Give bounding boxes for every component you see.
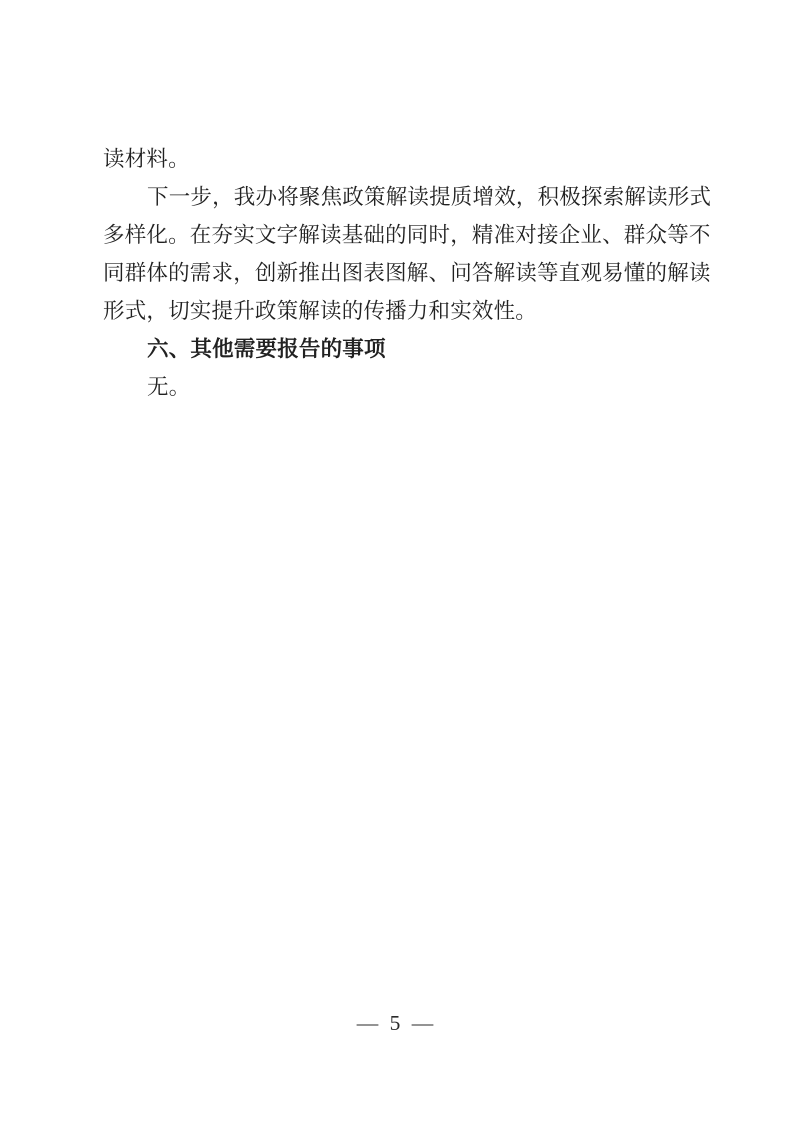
page-number: — 5 — [357, 1011, 437, 1035]
paragraph-line: 下一步，我办将聚焦政策解读提质增效，积极探索解读形式 [103, 178, 723, 216]
document-page: 读材料。 下一步，我办将聚焦政策解读提质增效，积极探索解读形式 多样化。在夯实文… [0, 0, 793, 1122]
section-body-line: 无。 [103, 368, 723, 406]
document-body: 读材料。 下一步，我办将聚焦政策解读提质增效，积极探索解读形式 多样化。在夯实文… [103, 140, 723, 406]
paragraph-line: 同群体的需求，创新推出图表图解、问答解读等直观易懂的解读 [103, 254, 723, 292]
paragraph-continuation-line: 读材料。 [103, 140, 723, 178]
section-heading: 六、其他需要报告的事项 [103, 330, 723, 368]
paragraph-line: 形式，切实提升政策解读的传播力和实效性。 [103, 292, 723, 330]
page-footer: — 5 — [0, 1004, 793, 1042]
paragraph-line: 多样化。在夯实文字解读基础的同时，精准对接企业、群众等不 [103, 216, 723, 254]
